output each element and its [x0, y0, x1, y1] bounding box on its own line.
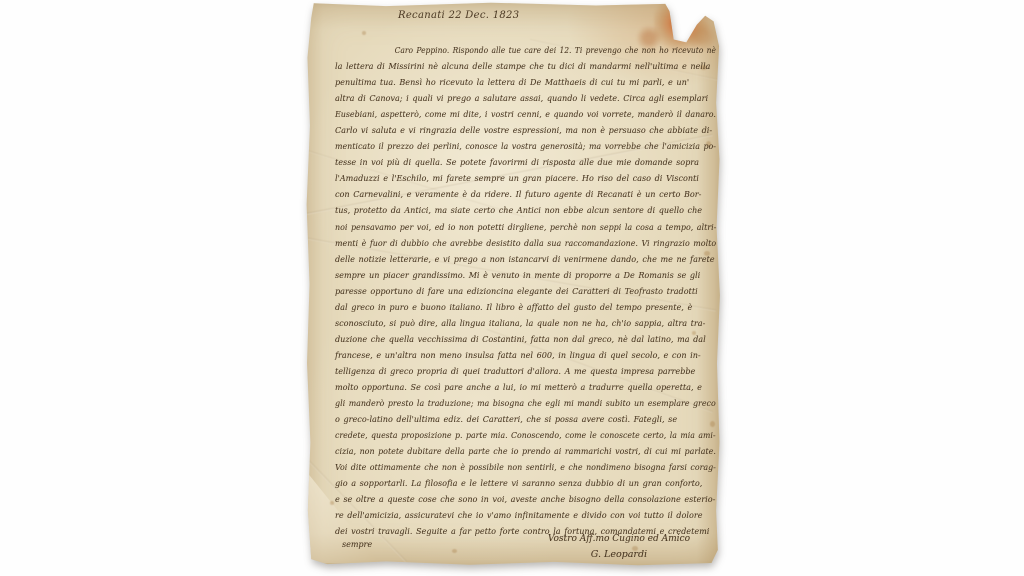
letter-line: e se oltre a queste cose che sono in voi…	[335, 492, 716, 508]
letter-line: menti è fuor di dubbio che avrebbe desis…	[335, 236, 709, 252]
letter-line: gio a sopportarli. La filosofia e le let…	[335, 476, 716, 492]
letter-line: con Carnevalini, e veramente è da ridere…	[335, 187, 716, 203]
letter-line: l'Amaduzzi e l'Eschilo, mi farete sempre…	[335, 171, 716, 187]
letter-line: la lettera di Missirini nè alcuna delle …	[335, 59, 716, 75]
letter-signature: G. Leopardi	[548, 547, 690, 562]
photo-backdrop: Recanati 22 Dec. 1823 Caro Peppino. Risp…	[0, 0, 1024, 576]
letter-line: duzione che quella vecchissima di Costan…	[335, 332, 716, 348]
letter-line: sconosciuto, si può dire, alla lingua it…	[335, 316, 716, 332]
letter-paper: Recanati 22 Dec. 1823 Caro Peppino. Risp…	[302, 1, 722, 567]
letter-line: penultima tua. Bensì ho ricevuto la lett…	[335, 75, 716, 91]
letter-text: Recanati 22 Dec. 1823 Caro Peppino. Risp…	[302, 1, 722, 567]
letter-body: Caro Peppino. Rispondo alle tue care dei…	[335, 43, 716, 540]
letter-closing: Vostro Aff.mo Cugino ed Amico	[548, 532, 690, 547]
letter-line: delle notizie letterarie, e vi prego a n…	[335, 252, 716, 268]
letter-line: telligenza di greco propria di quei trad…	[335, 364, 716, 380]
dateline: Recanati 22 Dec. 1823	[398, 10, 519, 21]
letter-line: francese, e un'altra non meno insulsa fa…	[335, 348, 716, 364]
letter-line: altra di Canova; i quali vi prego a salu…	[335, 91, 716, 107]
letter-line: noi pensavamo per voi, ed io non potetti…	[335, 220, 709, 236]
letter-line: Caro Peppino. Rispondo alle tue care dei…	[335, 43, 690, 59]
letter-line: credete, questa proposizione p. parte mi…	[335, 428, 703, 444]
letter-line: Voi dite ottimamente che non è possibile…	[335, 460, 707, 476]
letter-paper-wrap: Recanati 22 Dec. 1823 Caro Peppino. Risp…	[302, 1, 722, 567]
letter-line: tus, protetto da Antici, ma siate certo …	[335, 203, 716, 219]
letter-line: Eusebiani, aspetterò, come mi dite, i vo…	[335, 107, 708, 123]
letter-line: re dell'amicizia, assicuratevi che io v'…	[335, 508, 716, 524]
letter-line: sempre un piacer grandissimo. Mi è venut…	[335, 268, 716, 284]
letter-line: gli manderò presto la traduzione; ma bis…	[335, 396, 708, 412]
closing-block: Vostro Aff.mo Cugino ed Amico G. Leopard…	[548, 532, 690, 562]
letter-line: Carlo vi saluta e vi ringrazia delle vos…	[335, 123, 716, 139]
letter-line: dal greco in puro e buono italiano. Il l…	[335, 300, 716, 316]
letter-line: molto opportuna. Se così pare anche a lu…	[335, 380, 716, 396]
letter-line: o greco-latino dell'ultima ediz. dei Car…	[335, 412, 716, 428]
letter-line: paresse opportuno di fare una edizioncin…	[335, 284, 716, 300]
letter-line: cizia, non potete dubitare della parte c…	[335, 444, 709, 460]
letter-line: menticato il prezzo dei perlini, conosce…	[335, 139, 707, 155]
letter-line: tesse in voi più di quella. Se potete fa…	[335, 155, 716, 171]
letter-last-word: sempre	[342, 537, 372, 553]
